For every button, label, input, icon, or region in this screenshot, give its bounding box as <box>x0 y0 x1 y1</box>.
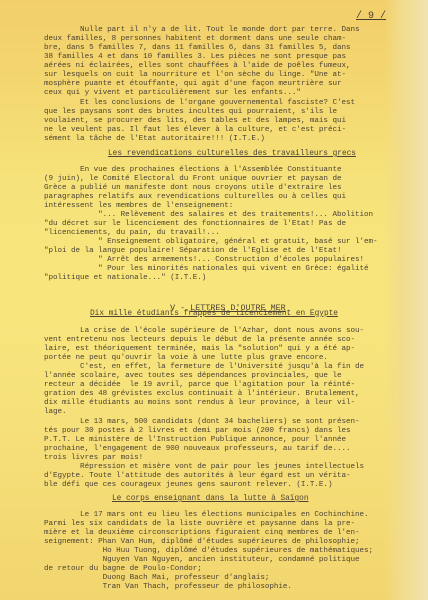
text-line: mosphère puante et étouffante, qui agit … <box>44 80 341 89</box>
text-line: Nulle part il n'y a de lit. Tout le mond… <box>44 26 360 35</box>
text-line: paragraphes relatifs aux revendications … <box>44 193 346 202</box>
text-line: Le 13 mars, 500 candidats (dont 34 bache… <box>44 418 360 427</box>
text-line: deux familles, 8 personnes habitent et d… <box>44 35 346 44</box>
text-line: que les paysans sont des brutes incultes… <box>44 108 337 117</box>
heading-greek-workers: Les revendications culturelles des trava… <box>108 150 356 158</box>
text-line: laire, est théoriquement terminée, mais … <box>44 345 355 354</box>
text-line: mière et la deuxième circonscriptions fi… <box>44 529 360 538</box>
text-line: voulaient, se procurer des lits, des tab… <box>44 117 346 126</box>
text-line: Nguyen Van Nguyen, ancien instituteur, c… <box>44 556 360 565</box>
text-line: Le 17 mars ont eu lieu les élections mun… <box>44 511 369 520</box>
text-line: "licenciements, du pain, du travail!... <box>44 229 220 238</box>
text-line: Répression et misère vont de pair pour l… <box>44 463 364 472</box>
text-line: ble défi que ces courageux jeunes gens s… <box>44 481 332 490</box>
text-line: " Enseignement obligatoire, général et g… <box>44 238 378 247</box>
text-line: "ploi de la langue populaire! Séparation… <box>44 247 341 256</box>
text-line: Tran Van Thach, professeur de philosophi… <box>44 583 292 592</box>
text-line: lage. <box>44 408 67 417</box>
text-line: sément la tâche de l'Etat autoritaire!!!… <box>44 135 265 144</box>
text-line: C'est, en effet, la fermeture de l'Unive… <box>44 363 364 372</box>
text-line: Et les conclusions de l'organe gouvernem… <box>44 99 355 108</box>
text-line: ne le veulent pas. Il faut les élever à … <box>44 126 346 135</box>
text-line: " Pour les minorités nationales qui vive… <box>44 265 369 274</box>
text-line: gration des 48 grévistes exclus continua… <box>44 390 360 399</box>
text-line: (9 juin), le Comité Electoral du Front u… <box>44 175 341 184</box>
page-number: / 9 / <box>356 11 386 22</box>
text-line: " Arrêt des armements!... Construction d… <box>44 256 364 265</box>
text-line: portée ne peut qu'ouvrir la voie à une l… <box>44 354 328 363</box>
heading-egypt-students: Dix mille étudiants frappés de licenciem… <box>90 310 338 318</box>
text-line: 38 familles 4 et dans 10 familles 3. Les… <box>44 53 346 62</box>
text-line: recteur a décidée le 19 avril, parce que… <box>44 381 355 390</box>
text-line: P.T.T. Le ministère de l'Instruction Pub… <box>44 436 346 445</box>
text-line: Parmi les six candidats de la liste ouvr… <box>44 520 355 529</box>
text-line: bre, dans 5 familles 7, dans 11 familles… <box>44 44 350 53</box>
text-line: tés pour 30 postes à 2 livres et demi pa… <box>44 427 350 436</box>
text-line: intéressent les membres de l'enseignemen… <box>44 202 233 211</box>
text-line: Ho Huu Tuong, diplômé d'études supérieur… <box>44 547 373 556</box>
text-line: prochaine, l'engagement de 900 nouveaux … <box>44 445 350 454</box>
text-line: vent entretenu nos lecteurs depuis le dé… <box>44 336 355 345</box>
text-line: sur lesquels on cuit la nourriture et l'… <box>44 71 346 80</box>
text-line: de retour du bagne de Poulo-Condor; <box>44 565 202 574</box>
text-line: trois livres par mois! <box>44 454 143 463</box>
text-line: seignement: Phan Van Hum, diplômé d'étud… <box>44 538 360 547</box>
text-line: l'année scolaire, avec toutes ses dépend… <box>44 372 341 381</box>
text-line: dix mille étudiants au moins sont rendus… <box>44 399 355 408</box>
heading-saigon-teachers: Le corps enseignant dans la lutte à Saïg… <box>112 495 309 503</box>
text-line: En vue des prochaines élections à l'Asse… <box>44 166 341 175</box>
text-line: "... Relèvement des salaires et des trai… <box>44 211 373 220</box>
text-line: Duong Bach Mai, professeur d'anglais; <box>44 574 269 583</box>
text-line: "du décret sur le licenciement des fonct… <box>44 220 346 229</box>
text-line: ceux qui y vivent et particulièrement su… <box>44 89 301 98</box>
text-line: Grèce a publié un manifeste dont nous cr… <box>44 184 341 193</box>
text-line: d'Egypte. Toute l'attitude des autorités… <box>44 472 350 481</box>
text-line: "politique et nationale..." (I.T.E.) <box>44 274 206 283</box>
document-page: / 9 / Nulle part il n'y a de lit. Tout l… <box>0 0 428 600</box>
section-heading: V - LETTRES D'OUTRE MER <box>150 293 286 323</box>
text-line: La crise de l'école supérieure de l'Azha… <box>44 327 364 336</box>
text-line: aérées ni éclairées, elles sont chauffée… <box>44 62 350 71</box>
